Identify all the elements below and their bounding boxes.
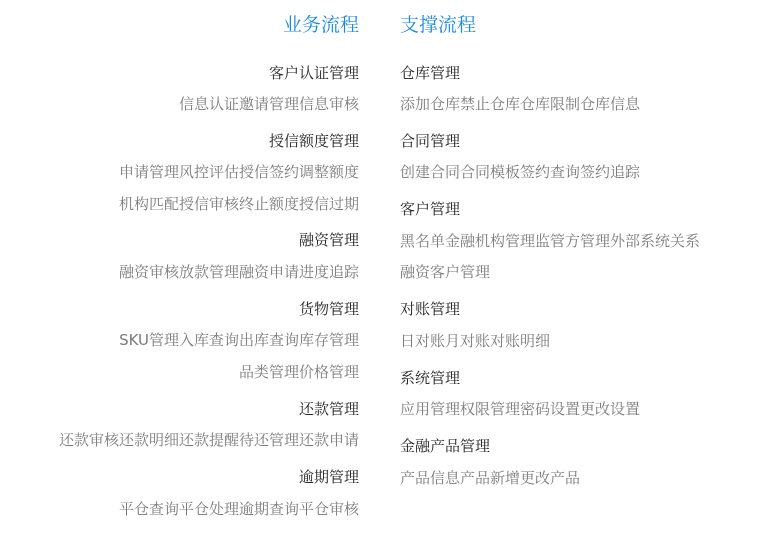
group-title-customer-auth: 客户认证管理: [269, 63, 359, 83]
list-item[interactable]: 日对账月对账对账明细: [400, 331, 550, 351]
list-item[interactable]: 创建合同合同模板签约查询签约追踪: [400, 162, 640, 182]
list-item[interactable]: 添加仓库禁止仓库仓库限制仓库信息: [400, 94, 640, 114]
group-title-goods: 货物管理: [299, 299, 359, 319]
list-item[interactable]: 产品信息产品新增更改产品: [400, 468, 580, 488]
group-title-overdue: 逾期管理: [299, 467, 359, 487]
group-title-contract: 合同管理: [400, 131, 460, 151]
list-item[interactable]: 融资客户管理: [400, 262, 490, 282]
group-title-financing: 融资管理: [299, 230, 359, 250]
list-item[interactable]: SKU管理入库查询出库查询库存管理: [119, 330, 359, 350]
list-item[interactable]: 机构匹配授信审核终止额度授信过期: [119, 194, 359, 214]
list-item[interactable]: 应用管理权限管理密码设置更改设置: [400, 399, 640, 419]
group-title-warehouse: 仓库管理: [400, 63, 460, 83]
business-process-heading: 业务流程: [283, 13, 359, 37]
group-title-credit-limit: 授信额度管理: [269, 131, 359, 151]
list-item[interactable]: 融资审核放款管理融资申请进度追踪: [119, 262, 359, 282]
list-item[interactable]: 信息认证邀请管理信息审核: [179, 94, 359, 114]
group-title-repayment: 还款管理: [299, 399, 359, 419]
group-title-reconciliation: 对账管理: [400, 299, 460, 319]
list-item[interactable]: 品类管理价格管理: [239, 362, 359, 382]
group-title-customer: 客户管理: [400, 199, 460, 219]
support-process-heading: 支撑流程: [400, 13, 476, 37]
group-title-system: 系统管理: [400, 368, 460, 388]
list-item[interactable]: 黑名单金融机构管理监管方管理外部系统关系: [400, 231, 700, 251]
list-item[interactable]: 还款审核还款明细还款提醒待还管理还款申请: [59, 430, 359, 450]
list-item[interactable]: 申请管理风控评估授信签约调整额度: [119, 162, 359, 182]
group-title-financial-product: 金融产品管理: [400, 436, 490, 456]
list-item[interactable]: 平仓查询平仓处理逾期查询平仓审核: [119, 499, 359, 519]
